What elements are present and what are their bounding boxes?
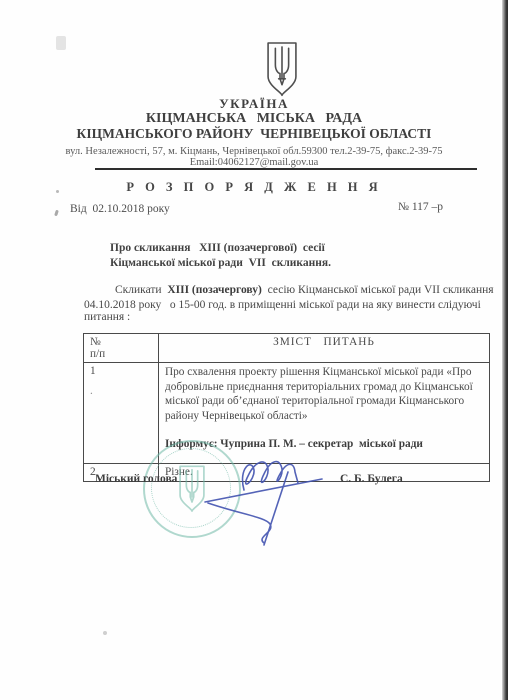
body-text-post: сесію Кіцманської міської ради VII склик… (262, 284, 494, 296)
col-number-header-line2: п/п (90, 348, 152, 360)
agenda-item-number: 1. (84, 363, 159, 464)
body-text-pre: Скликати (115, 284, 167, 296)
col-content-header: ЗМІСТ ПИТАНЬ (159, 334, 490, 363)
agenda-item-text: Про схвалення проекту рішення Кіцмансько… (165, 366, 473, 422)
table-header-row: №п/п ЗМІСТ ПИТАНЬ (84, 334, 490, 363)
agenda-item-number-dot: . (90, 385, 152, 397)
body-paragraph-line2: 04.10.2018 року о 15-00 год. в приміщенн… (84, 299, 508, 323)
document-type-heading: Р О З П О Р Я Д Ж Е Н Н Я (0, 180, 508, 195)
ukraine-trident-shield-icon (262, 41, 302, 98)
document-date: Від 02.10.2018 року (70, 203, 170, 215)
org-name-line1: КІЦМАНСЬКА МІСЬКА РАДА (0, 111, 508, 127)
body-paragraph-line1: Скликати ХІІІ (позачергову) сесію Кіцман… (115, 284, 494, 296)
document-title-line2: Кіцманської міської ради VII скликання. (110, 256, 331, 271)
agenda-item-number-value: 1 (90, 365, 96, 377)
scan-artifact (54, 210, 59, 217)
org-name-line2: КІЦМАНСЬКОГО РАЙОНУ ЧЕРНІВЕЦЬКОЇ ОБЛАСТІ (0, 126, 508, 142)
header-divider (95, 168, 477, 170)
scanned-document-page: УКРАЇНА КІЦМАНСЬКА МІСЬКА РАДА КІЦМАНСЬК… (0, 0, 508, 700)
signer-position-label: Міський голова (95, 473, 177, 485)
document-title-line1: Про скликання ХІІІ (позачергової) сесії (110, 241, 331, 256)
col-number-header: №п/п (84, 334, 159, 363)
scan-artifact (103, 631, 107, 635)
document-number: № 117 –р (398, 201, 443, 213)
scan-artifact (56, 36, 66, 50)
country-name: УКРАЇНА (0, 96, 508, 112)
scan-edge-shadow (502, 0, 508, 700)
org-email: Email:04062127@mail.gov.ua (0, 157, 508, 168)
org-address: вул. Незалежності, 57, м. Кіцмань, Черні… (0, 146, 508, 157)
document-title: Про скликання ХІІІ (позачергової) сесії … (110, 241, 331, 271)
scan-artifact (56, 190, 59, 193)
signature-scribble (180, 438, 360, 558)
col-number-header-line1: № (90, 336, 101, 348)
body-text-bold: ХІІІ (позачергову) (167, 284, 262, 296)
